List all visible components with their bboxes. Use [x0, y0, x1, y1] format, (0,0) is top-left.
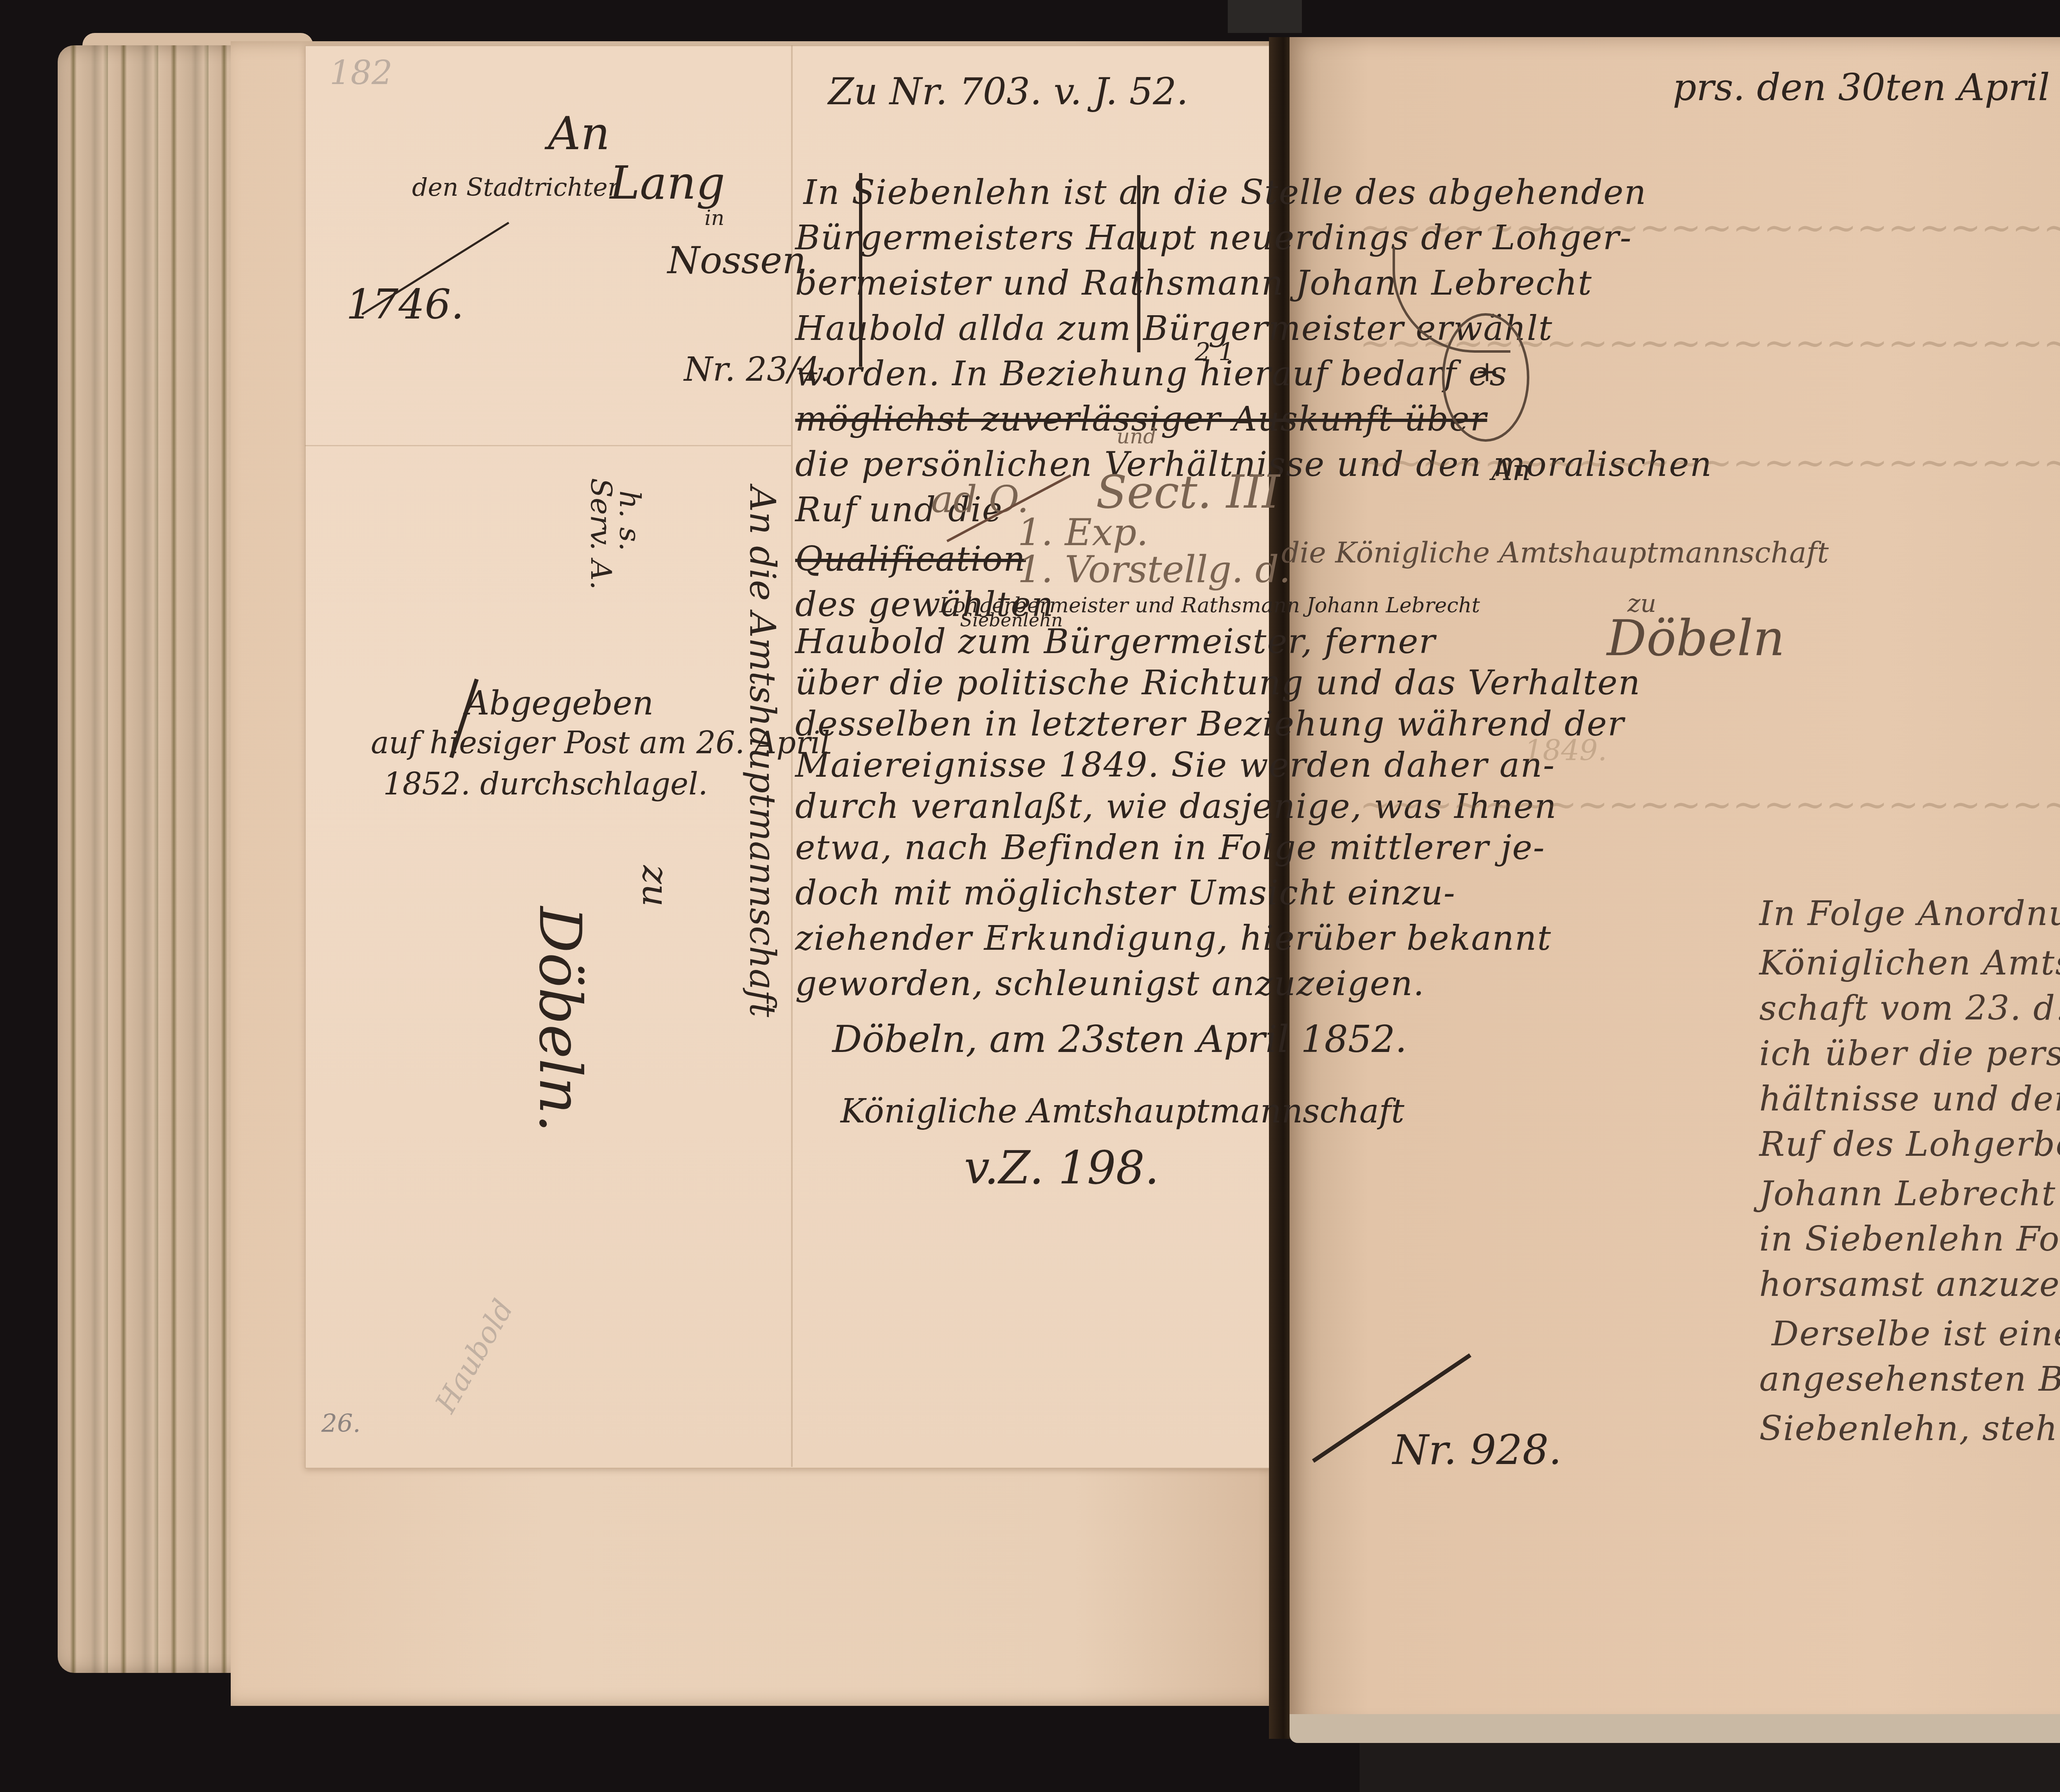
letter-line: etwa, nach Befinden in Folge mittlerer j…: [795, 828, 1545, 867]
reply-line: angesehensten Bürger in: [1759, 1360, 2060, 1399]
reply-line: horsamst anzuzeigen.: [1759, 1265, 2060, 1304]
address-in: in: [705, 206, 724, 230]
marginal-insert-2: Siebenlehn: [960, 610, 1063, 631]
marginal-superscript-und: und: [1117, 424, 1156, 448]
vertical-place: Döbeln.: [526, 907, 593, 1132]
vertical-address: An die Amtshauptmannschaft: [742, 486, 783, 1017]
reply-line: hältnisse und den moralischen: [1759, 1080, 2060, 1119]
letter-line: über die politische Richtung und das Ver…: [795, 663, 1641, 703]
letter-header: Zu Nr. 703. v. J. 52.: [828, 70, 1188, 113]
reply-line: Ruf des Lohgerbermeisters: [1759, 1125, 2060, 1164]
reply-line: Siebenlehn, steht in morali-: [1759, 1409, 2060, 1448]
service-note-2: Serv. A.: [584, 478, 618, 590]
reply-line: schaft vom 23. d. Mts: habe: [1759, 989, 2060, 1028]
faint-folio-number: 182: [330, 54, 393, 92]
reply-line: In Folge Anordnung der: [1759, 894, 2060, 933]
address-recipient: die Königliche Amtshauptmannschaft: [1281, 536, 1829, 569]
letter-line: geworden, schleunigst anzuzeigen.: [795, 964, 1425, 1003]
marginal-superscript-num: 2 1: [1195, 338, 1234, 367]
address-title: den Stadtrichter: [412, 173, 620, 202]
letter-line: desselben in letzterer Beziehung während…: [795, 705, 1625, 744]
decorative-cross: +: [1475, 354, 1499, 388]
bleed-through-text: ~~~~~~~~~~~~~~~~~~~~~~~~~~~: [1360, 206, 2060, 249]
reply-line: Königlichen Amtshauptmann-: [1759, 944, 2060, 983]
marginal-ad: ad O.: [931, 478, 1029, 521]
receipt-note: prs. den 30ten April 1852.: [1673, 66, 2060, 109]
letter-line: ziehender Erkundigung, hierüber bekannt: [795, 919, 1552, 958]
letter-line-struck: Qualification: [795, 540, 1026, 579]
address-recipient-name: Lang: [610, 157, 725, 209]
dispatch-note-line1: Abgegeben: [466, 684, 653, 722]
reply-line: Johann Lebrecht Haubold: [1759, 1174, 2060, 1213]
address-an: An: [548, 107, 610, 160]
address-destination: Döbeln: [1607, 610, 1785, 667]
letter-date-line: Döbeln, am 23sten April 1852.: [832, 1018, 1407, 1061]
service-note-1: h. s.: [613, 490, 647, 551]
dispatch-note-line3: 1852. durchschlagel.: [383, 766, 708, 802]
letter-line: Maiereignisse 1849. Sie werden daher an-: [795, 746, 1555, 785]
reply-line: Derselbe ist einer der: [1772, 1314, 2060, 1354]
bleed-through-text: ~~~~~~~~~~~~~~~~~~~~~~~~: [1360, 783, 2060, 826]
reply-line: ich über die persönlichen Ver-: [1759, 1034, 2060, 1073]
marginal-section: Sect. III: [1096, 466, 1280, 518]
letter-signature: Königliche Amtshauptmannschaft: [840, 1092, 1405, 1130]
right-page-bottom-edge: [1290, 1714, 2060, 1743]
letter-signature-ref: v.Z. 198.: [964, 1141, 1159, 1194]
pencil-page-number: 26.: [321, 1409, 360, 1438]
letter-line: doch mit möglichster Umsicht einzu-: [795, 874, 1456, 913]
vertical-zu: zu: [634, 865, 676, 907]
letter-line: Haubold zum Bürgermeister, ferner: [795, 622, 1436, 661]
flourish-label: An: [1491, 453, 1531, 487]
reply-line: in Siebenlehn Folgendes ge-: [1759, 1220, 2060, 1259]
marginal-vorstellung: 1. Vorstellg. d.: [1018, 548, 1291, 591]
bleed-through-year: 1849.: [1524, 733, 1607, 767]
scanner-bed-panel: [1228, 0, 1302, 33]
reply-number: Nr. 928.: [1393, 1426, 1562, 1474]
bleed-through-text: ~~~~~~~~~~~~~~~~~~~~~~~~~~~: [1360, 441, 2060, 484]
sheet-fold-horizontal: [305, 445, 791, 446]
